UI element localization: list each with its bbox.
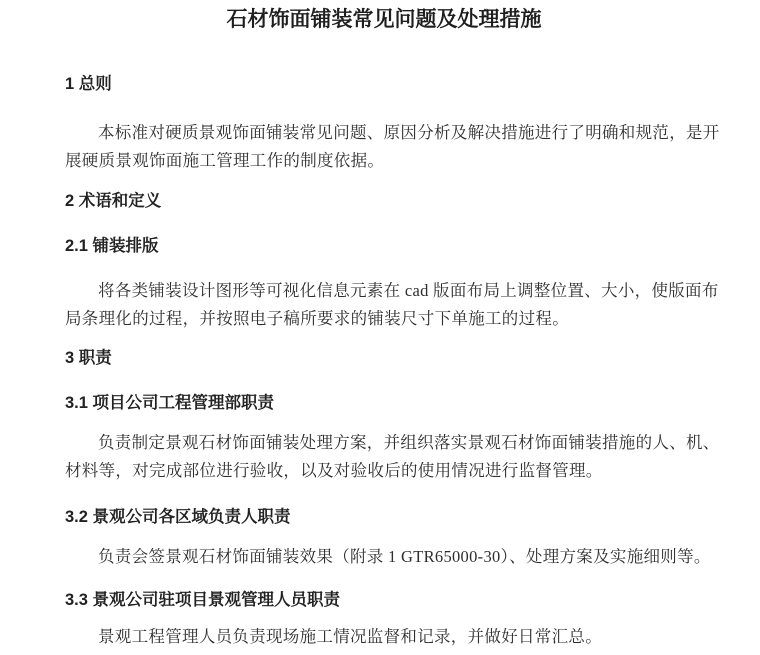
paragraph-line: 材料等，对完成部位进行验收，以及对验收后的使用情况进行监督管理。	[65, 457, 710, 485]
section-heading-project-engineering-dept: 3.1 项目公司工程管理部职责	[65, 389, 710, 417]
paragraph-paving-layout: 将各类铺装设计图形等可视化信息元素在 cad 版面布局上调整位置、大小，使版面布…	[65, 277, 710, 333]
paragraph-line: 本标准对硬质景观饰面铺装常见问题、原因分析及解决措施进行了明确和规范，是开	[65, 119, 710, 147]
paragraph-onsite-landscape-staff: 景观工程管理人员负责现场施工情况监督和记录，并做好日常汇总。	[65, 623, 710, 651]
paragraph-general-rules: 本标准对硬质景观饰面铺装常见问题、原因分析及解决措施进行了明确和规范，是开 展硬…	[65, 119, 710, 175]
paragraph-line: 景观工程管理人员负责现场施工情况监督和记录，并做好日常汇总。	[65, 623, 710, 651]
paragraph-regional-manager: 负责会签景观石材饰面铺装效果（附录 1 GTR65000-30）、处理方案及实施…	[65, 543, 710, 571]
section-heading-onsite-landscape-staff: 3.3 景观公司驻项目景观管理人员职责	[65, 586, 710, 614]
section-heading-general-rules: 1 总则	[65, 70, 710, 98]
paragraph-line: 负责制定景观石材饰面铺装处理方案，并组织落实景观石材饰面铺装措施的人、机、	[65, 429, 710, 457]
document-title: 石材饰面铺装常见问题及处理措施	[58, 5, 710, 35]
paragraph-line: 将各类铺装设计图形等可视化信息元素在 cad 版面布局上调整位置、大小，使版面布	[65, 277, 710, 305]
paragraph-line: 局条理化的过程，并按照电子稿所要求的铺装尺寸下单施工的过程。	[65, 305, 710, 333]
paragraph-line: 负责会签景观石材饰面铺装效果（附录 1 GTR65000-30）、处理方案及实施…	[65, 543, 710, 571]
paragraph-project-engineering-dept: 负责制定景观石材饰面铺装处理方案，并组织落实景观石材饰面铺装措施的人、机、 材料…	[65, 429, 710, 485]
paragraph-line: 展硬质景观饰面施工管理工作的制度依据。	[65, 147, 710, 175]
section-heading-responsibilities: 3 职责	[65, 344, 710, 372]
document-page: 石材饰面铺装常见问题及处理措施 1 总则 本标准对硬质景观饰面铺装常见问题、原因…	[0, 0, 760, 655]
section-heading-regional-manager: 3.2 景观公司各区域负责人职责	[65, 503, 710, 531]
section-heading-terms-definitions: 2 术语和定义	[65, 187, 710, 215]
section-heading-paving-layout: 2.1 铺装排版	[65, 232, 710, 260]
